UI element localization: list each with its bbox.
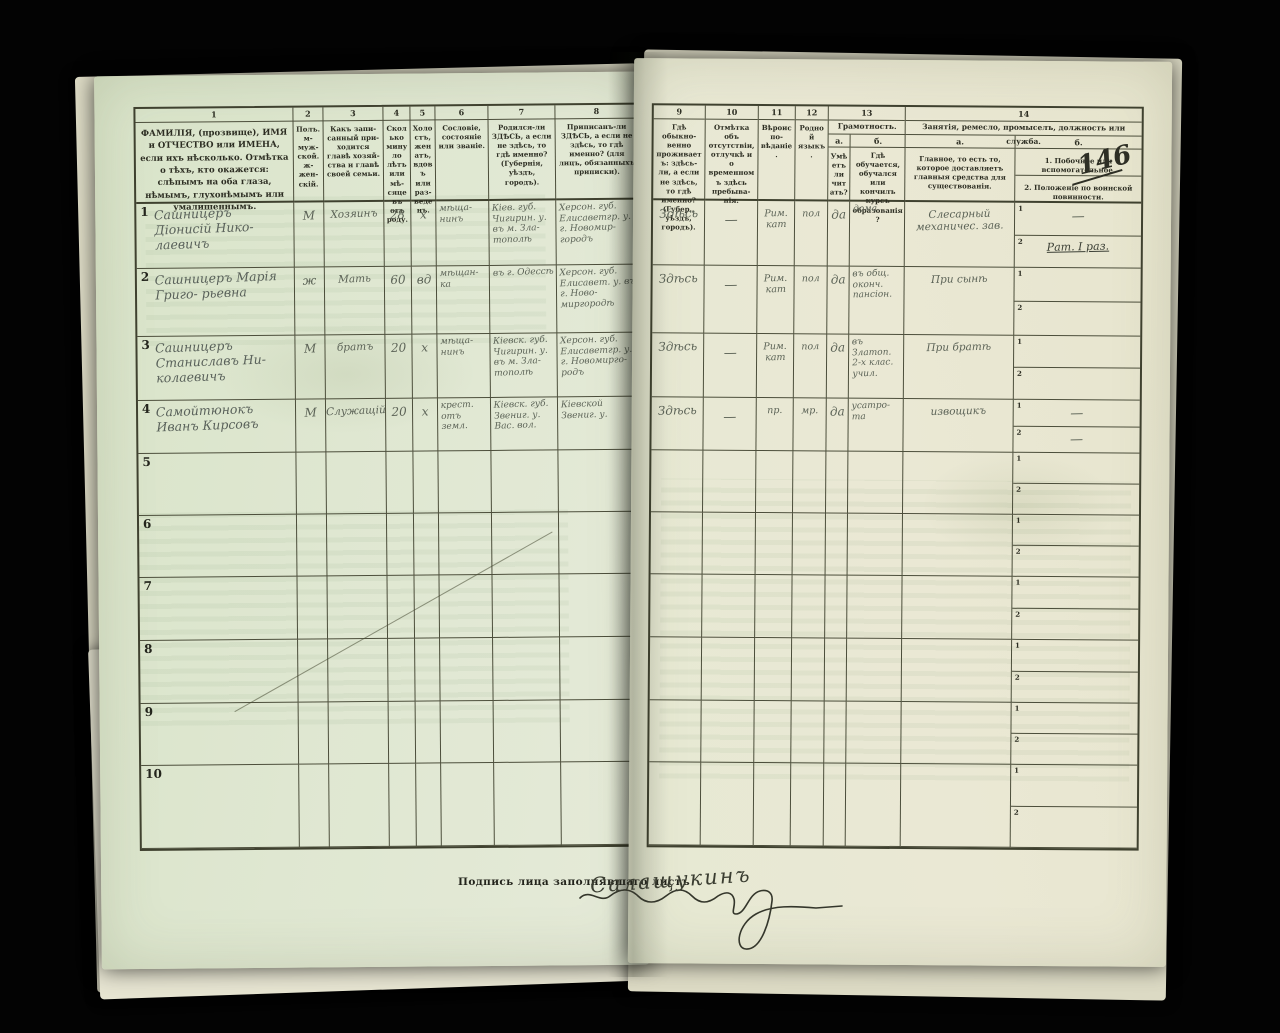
- value-absence: [703, 450, 755, 463]
- cell-religion: [754, 763, 792, 846]
- cell-residence: [649, 762, 702, 845]
- table-row: 10: [141, 762, 645, 849]
- value-religion: Рим. кат: [757, 266, 794, 296]
- cell-religion: [754, 701, 791, 763]
- cell-studied: [848, 452, 903, 514]
- value-side-occupation: [1015, 267, 1141, 276]
- cell-sex: [297, 514, 328, 576]
- column-number: 5: [410, 106, 434, 120]
- cell-birthplace: [492, 512, 560, 575]
- cell-side-occupation: 1: [1014, 336, 1140, 369]
- value-literate: [825, 575, 846, 581]
- cell-residence: Здѣсь: [652, 333, 704, 397]
- value-religion: [756, 451, 792, 459]
- value-relation: Мать: [325, 266, 385, 287]
- cell-side-occupation: 1: [1013, 453, 1139, 485]
- value-literate: [826, 451, 847, 457]
- value-registered: Кіевской Звениг. у.: [558, 396, 641, 422]
- cell-language: мр.: [793, 398, 826, 451]
- cell-absence: —: [703, 398, 756, 451]
- table-row: 4Самойтюнокъ Иванъ КирсовъМСлужащій20хкр…: [138, 397, 641, 454]
- column-title: Полъ. м-муж­ской. ж-жен­скій.: [294, 121, 324, 191]
- value-age: 60: [385, 266, 412, 287]
- column-title: Сословіе, со­стояніе или зва­ніе.: [436, 120, 488, 154]
- cell-name: 10: [141, 765, 300, 849]
- cell-age: [389, 764, 417, 847]
- cell-literate: да: [828, 201, 850, 266]
- column-number: 4: [383, 107, 409, 121]
- column-14b2-title: 2. Положеніе по воинской повинности.: [1015, 176, 1141, 204]
- cell-language: [793, 451, 826, 513]
- column-number: 9: [654, 105, 705, 119]
- cell-absence: [703, 451, 756, 513]
- value-religion: [756, 513, 792, 521]
- value-religion: [755, 575, 791, 583]
- cell-literate: да: [827, 334, 849, 398]
- cell-literate: [824, 763, 847, 846]
- value-religion: [755, 638, 791, 646]
- cell-marital: [414, 513, 440, 575]
- cell-military-status: 2—: [1013, 427, 1139, 454]
- cell-marital: вд: [412, 266, 438, 334]
- cell-absence: —: [705, 201, 758, 266]
- cell-residence: [651, 512, 703, 574]
- value-studied: въ Златоп. 2-х клас. учил.: [849, 334, 904, 380]
- value-residence: [649, 762, 700, 769]
- cell-age: [386, 452, 414, 514]
- value-absence: [701, 762, 753, 775]
- cell-sex: [299, 764, 330, 847]
- cell-language: [793, 513, 826, 575]
- cell-absence: —: [704, 334, 757, 398]
- cell-sex: ж: [295, 267, 326, 335]
- cell-estate: [439, 575, 493, 638]
- cell-side-occupation: 1: [1014, 268, 1140, 303]
- table-row: 9: [141, 700, 645, 766]
- cell-side-occupation: 1—: [1014, 400, 1140, 428]
- column-14a-title: Главное, то есть то, которое доставляетъ…: [905, 148, 1015, 203]
- cell-relation: [328, 639, 389, 703]
- value-marital: [414, 513, 438, 520]
- value-studied: усатро- та: [848, 398, 902, 422]
- cell-relation: Мать: [325, 267, 386, 336]
- value-name: Сашницеръ Діонисій Нико- лаевичъ: [136, 200, 295, 253]
- cell-registered: Херсон. губ. Елисаветгр. у. г. Новомирго…: [557, 333, 641, 398]
- cell-language: [792, 575, 825, 638]
- column-number: 6: [435, 106, 487, 120]
- value-estate: крест. отъ земл.: [437, 397, 490, 433]
- cell-relation: [329, 702, 390, 765]
- census-table-right-page: 9Гдѣ обыкно­венно проживаетъ: здѣсь-ли, …: [647, 103, 1144, 850]
- value-language: [792, 575, 824, 583]
- table-row: 1Сашницеръ Діонисій Нико- лаевичъМХозяин…: [136, 200, 640, 269]
- cell-registered: Херсон. губ. Елисаветгр. у. г. Новомир- …: [556, 200, 640, 266]
- value-literate: да: [828, 201, 849, 222]
- cell-literate: [825, 638, 847, 701]
- value-studied: [847, 638, 901, 641]
- column-number: 8: [555, 105, 637, 120]
- column-13b-label: б.: [851, 135, 906, 148]
- value-military-status: [1013, 545, 1139, 553]
- column-title: Родился-ли ЗДѢСЬ, а если не здѣсь, то гд…: [489, 119, 556, 189]
- value-studied: [848, 575, 902, 578]
- cell-side-occupation: 1: [1013, 515, 1139, 547]
- value-literate: да: [827, 398, 848, 419]
- cell-sex: [297, 576, 328, 639]
- value-estate: [440, 637, 492, 641]
- cell-absence: [703, 513, 756, 575]
- value-language: [792, 701, 824, 709]
- cell-estate: мѣща- нинъ: [436, 201, 490, 266]
- cell-relation: [329, 764, 390, 848]
- table-row: 12: [650, 574, 1138, 640]
- value-estate: [441, 700, 493, 704]
- value-estate: [438, 450, 490, 454]
- value-name: Сашницеръ Станиславъ Ни- колаевичъ: [137, 333, 296, 386]
- cell-residence: [650, 637, 702, 700]
- cell-religion: Рим. кат: [757, 334, 794, 398]
- column-header-2: 2Полъ. м-муж­ской. ж-жен­скій.: [293, 107, 324, 202]
- value-marital: [416, 763, 440, 770]
- value-age: 20: [385, 334, 412, 355]
- value-absence: [703, 512, 755, 525]
- value-sex: М: [295, 335, 325, 356]
- value-birthplace: Кіевск. губ. Чигирин. у. въ м. Зла- топо…: [490, 332, 558, 379]
- cell-military-status: 2: [1012, 672, 1138, 704]
- column-number: 10: [706, 106, 758, 120]
- cell-age: 28: [384, 202, 412, 267]
- value-occupation: При братѣ: [904, 334, 1013, 355]
- value-birthplace: [494, 699, 560, 703]
- value-absence: [702, 637, 754, 650]
- cell-residence: Здѣсь: [652, 265, 704, 333]
- value-religion: Рим. кат: [757, 334, 794, 364]
- value-birthplace: [492, 511, 558, 515]
- value-occupation: [902, 575, 1011, 583]
- value-side-occupation: —: [1014, 399, 1140, 423]
- value-birthplace: [492, 573, 558, 577]
- value-military-status: Рат. I раз.: [1015, 235, 1141, 256]
- cell-name: 4Самойтюнокъ Иванъ Кирсовъ: [138, 400, 296, 454]
- value-birthplace: [491, 449, 557, 453]
- cell-estate: [441, 701, 495, 763]
- cell-religion: Рим. кат: [757, 266, 794, 334]
- cell-estate: [440, 638, 494, 701]
- value-birthplace: Кіевск. губ. Звениг. у. Вас. вол.: [490, 396, 557, 432]
- value-studied: [848, 513, 902, 516]
- value-marital: [415, 638, 439, 645]
- cell-side-occupation: 1: [1011, 703, 1137, 735]
- value-language: мр.: [794, 398, 826, 417]
- value-side-occupation: [1013, 514, 1139, 523]
- column-header-12: 12Родной языкъ.: [795, 106, 829, 201]
- value-birthplace: въ г. Одессѣ: [490, 264, 556, 279]
- left-page: 1ФАМИЛІЯ, (прозвище), ИМЯ и ОТЧЕСТВО или…: [94, 72, 649, 970]
- cell-age: 20: [386, 399, 413, 452]
- value-age: [387, 513, 413, 520]
- value-relation: [327, 513, 386, 521]
- value-side-occupation: [1013, 452, 1139, 461]
- value-residence: [650, 574, 701, 581]
- value-language: [793, 451, 825, 459]
- value-registered: [559, 573, 641, 578]
- value-sex: [297, 576, 326, 583]
- value-absence: [702, 574, 754, 587]
- column-number: 7: [488, 105, 554, 120]
- value-relation: [327, 575, 386, 583]
- value-birthplace: Кіев. губ. Чигирин. у. въ м. Зла- тополѣ: [489, 199, 557, 246]
- value-sex: [299, 764, 328, 771]
- value-age: [386, 451, 412, 458]
- cell-marital: [416, 701, 442, 763]
- cell-residence: [651, 450, 703, 512]
- value-military-status: —: [1013, 426, 1139, 449]
- column-14-title: Занятія, ремесло, промыселъ, должность и…: [906, 120, 1142, 137]
- cell-name: 8: [140, 640, 299, 704]
- value-studied: [846, 763, 900, 766]
- value-military-status: [1012, 671, 1138, 679]
- value-military-status: [1014, 367, 1140, 375]
- cell-age: 20: [385, 335, 413, 399]
- value-absence: —: [704, 333, 757, 361]
- column-13-title: Грамотность.: [829, 119, 906, 135]
- cell-military-status: 2Рат. I раз.: [1015, 236, 1141, 269]
- table-row: Здѣсь—Рим. катполдавъ общ. оконч. пансіо…: [652, 265, 1140, 336]
- cell-occupation: [901, 764, 1012, 848]
- cell-absence: [701, 701, 754, 763]
- value-estate: [439, 574, 491, 578]
- cell-birthplace: въ г. Одессѣ: [490, 265, 558, 334]
- value-sex: [297, 514, 326, 521]
- column-header-5: 5Холостъ, женатъ, вдовъ или раз­веденъ.: [410, 106, 436, 201]
- table-row: 12: [650, 637, 1138, 703]
- cell-side-occupation: 1: [1012, 640, 1138, 673]
- value-literate: [825, 701, 846, 707]
- value-side-occupation: [1012, 702, 1138, 711]
- column-header-10: 10Отмѣтка объ отсутствіи, отлучкѣ и о вр…: [705, 106, 759, 201]
- cell-registered: Херсон. губ. Елисавет. у. въ г. Ново- ми…: [557, 265, 641, 334]
- value-language: пол: [794, 266, 826, 285]
- cell-language: пол: [794, 334, 827, 398]
- value-military-status: [1013, 483, 1139, 491]
- cell-military-status: 2: [1013, 484, 1139, 516]
- cell-sex: М: [294, 202, 325, 267]
- column-header-7: 7Родился-ли ЗДѢСЬ, а если не здѣсь, то г…: [488, 105, 556, 201]
- column-13b-title: Гдѣ обучается, обучался или кончилъ курс…: [850, 148, 905, 202]
- column-number: 1: [135, 108, 292, 123]
- value-residence: Здѣсь: [652, 265, 703, 286]
- cell-occupation: [903, 514, 1013, 577]
- value-name: Самойтюнокъ Иванъ Кирсовъ: [138, 397, 296, 435]
- value-religion: пр.: [757, 398, 793, 417]
- cell-studied: усатро- та: [848, 399, 903, 452]
- cell-age: [387, 576, 415, 639]
- column-14a-label: а.: [906, 135, 1016, 149]
- value-residence: [651, 512, 702, 519]
- cell-occupation: Слесарный механичес. зав.: [905, 202, 1015, 268]
- value-residence: [650, 637, 701, 644]
- cell-marital: [416, 763, 442, 846]
- value-occupation: [901, 763, 1010, 771]
- cell-age: [388, 639, 416, 702]
- value-sex: ж: [295, 267, 325, 288]
- cell-studied: въ Златоп. 2-х клас. учил.: [849, 335, 904, 399]
- column-title: Главное, то есть то, которое доставляетъ…: [905, 148, 1014, 197]
- cell-birthplace: Кіев. губ. Чигирин. у. въ м. Зла- тополѣ: [489, 200, 557, 266]
- cell-name: 6: [139, 515, 298, 578]
- cell-registered: Кіевской Звениг. у.: [558, 397, 641, 451]
- cell-age: [387, 514, 415, 576]
- cell-studied: въ общ. оконч. пансіон.: [849, 267, 904, 335]
- value-military-status: [1011, 733, 1137, 741]
- cell-residence: Здѣсь: [653, 200, 705, 265]
- value-relation: братъ: [325, 334, 385, 355]
- cell-language: пол: [795, 201, 828, 266]
- cell-religion: Рим. кат: [758, 201, 795, 266]
- value-literate: [825, 638, 846, 644]
- cell-estate: [441, 763, 495, 846]
- cell-birthplace: Кіевск. губ. Звениг. у. Вас. вол.: [491, 397, 558, 451]
- cell-birthplace: [494, 700, 562, 763]
- value-language: пол: [794, 334, 826, 353]
- table-row: 7: [139, 574, 643, 641]
- cell-absence: [702, 638, 755, 701]
- cell-literate: [826, 513, 848, 575]
- column-title: Какъ запи­санный при­ходится главѣ хозяй…: [324, 121, 384, 182]
- value-estate: [439, 512, 491, 516]
- cell-marital: х: [413, 398, 438, 451]
- value-literate: да: [827, 334, 848, 355]
- cell-name: 1Сашницеръ Діонисій Нико- лаевичъ: [136, 203, 295, 269]
- column-header-13: 13Грамотность.а.б.Умѣетъ ли читать?Гдѣ о…: [828, 106, 906, 202]
- value-sex: [299, 702, 328, 709]
- value-marital: х: [412, 334, 437, 355]
- value-registered: Херсон. губ. Елисаветгр. у. г. Новомир- …: [556, 199, 640, 246]
- value-age: [387, 575, 413, 582]
- cell-occupation: При сынѣ: [904, 267, 1014, 336]
- column-number: 2: [293, 107, 322, 121]
- cell-absence: —: [704, 266, 757, 334]
- cell-military-status: 2: [1014, 368, 1140, 401]
- cell-religion: [755, 575, 792, 638]
- value-marital: вд: [412, 266, 437, 287]
- value-birthplace: [494, 761, 560, 765]
- value-literate: [826, 513, 847, 519]
- cell-age: 60: [385, 267, 413, 335]
- value-age: 28: [384, 201, 411, 222]
- cell-relation: [326, 452, 387, 515]
- value-residence: [650, 700, 701, 707]
- value-absence: —: [703, 397, 756, 425]
- value-residence: Здѣсь: [652, 333, 703, 354]
- value-side-occupation: [1014, 335, 1140, 344]
- column-header-8: 8Приписанъ-ли ЗДѢСЬ, а если не здѣсь, то…: [555, 105, 639, 201]
- cell-name: 7: [139, 577, 298, 641]
- value-military-status: [1012, 608, 1138, 616]
- table-row: 12: [649, 700, 1137, 765]
- value-sex: М: [296, 399, 326, 420]
- value-occupation: [902, 638, 1011, 646]
- cell-language: [791, 763, 825, 846]
- value-sex: [296, 452, 325, 459]
- value-language: [793, 513, 825, 521]
- cell-relation: [327, 514, 388, 577]
- cell-literate: [826, 451, 848, 513]
- value-literate: [824, 763, 845, 769]
- cell-language: пол: [794, 266, 827, 334]
- cell-studied: [846, 702, 901, 764]
- cell-occupation: извощикъ: [903, 399, 1013, 453]
- cell-military-status: 2: [1013, 546, 1139, 578]
- cell-absence: [701, 763, 755, 846]
- value-marital: [413, 451, 437, 458]
- column-number: 12: [796, 106, 828, 120]
- value-residence: [651, 450, 702, 457]
- right-page: 9Гдѣ обыкно­венно проживаетъ: здѣсь-ли, …: [628, 58, 1172, 967]
- cell-occupation: [903, 452, 1013, 515]
- table-row: 12: [651, 450, 1139, 515]
- value-estate: [441, 762, 493, 766]
- cell-name: 3Сашницеръ Станиславъ Ни- колаевичъ: [137, 336, 296, 401]
- cell-birthplace: [491, 450, 559, 513]
- cell-sex: [299, 702, 330, 764]
- value-language: [791, 763, 823, 771]
- column-title: Приписанъ-ли ЗДѢСЬ, а если не здѣсь, то …: [556, 119, 639, 180]
- cell-literate: да: [826, 398, 848, 451]
- value-sex: М: [294, 202, 324, 223]
- table-row: 5: [138, 450, 642, 516]
- cell-studied: дома: [850, 202, 905, 267]
- value-registered: [559, 511, 641, 516]
- value-language: [792, 638, 824, 646]
- value-marital: х: [413, 398, 438, 419]
- value-age: [389, 701, 415, 708]
- cell-marital: х: [411, 201, 437, 266]
- column-header-1: 1ФАМИЛІЯ, (прозвище), ИМЯ и ОТЧЕСТВО или…: [135, 108, 294, 204]
- signature-block: Подпись лица заполнявшаго листъ Салащуки…: [458, 868, 878, 978]
- value-military-status: [1011, 806, 1137, 814]
- cell-literate: да: [827, 266, 849, 334]
- value-occupation: [902, 701, 1011, 709]
- column-header-9: 9Гдѣ обыкно­венно проживаетъ: здѣсь-ли, …: [653, 105, 706, 200]
- cell-estate: [438, 451, 492, 513]
- table-row: 6: [139, 512, 643, 578]
- cell-language: [792, 638, 825, 701]
- value-studied: дома: [850, 201, 904, 215]
- value-language: пол: [795, 201, 827, 220]
- value-occupation: При сынѣ: [904, 266, 1013, 287]
- cell-sex: [296, 452, 327, 514]
- cell-studied: [848, 514, 903, 576]
- scanned-census-document: 1ФАМИЛІЯ, (прозвище), ИМЯ и ОТЧЕСТВО или…: [0, 0, 1280, 1033]
- cell-birthplace: [493, 637, 561, 701]
- cell-name: 9: [141, 703, 300, 766]
- cell-literate: [825, 575, 847, 638]
- column-number: 3: [323, 107, 382, 122]
- value-sex: [298, 639, 327, 646]
- cell-birthplace: [494, 762, 562, 846]
- cell-marital: х: [412, 334, 438, 398]
- cell-relation: братъ: [325, 335, 386, 400]
- cell-religion: пр.: [756, 398, 793, 451]
- cell-military-status: 2: [1011, 807, 1137, 849]
- value-relation: Служащій: [326, 398, 386, 419]
- value-registered: Херсон. губ. Елисавет. у. въ г. Ново- ми…: [556, 264, 640, 311]
- cell-military-status: 2: [1012, 609, 1138, 641]
- table-row: 3Сашницеръ Станиславъ Ни- колаевичъМбрат…: [137, 333, 641, 401]
- table-row: 8: [140, 637, 644, 704]
- cell-estate: крест. отъ земл.: [438, 398, 491, 451]
